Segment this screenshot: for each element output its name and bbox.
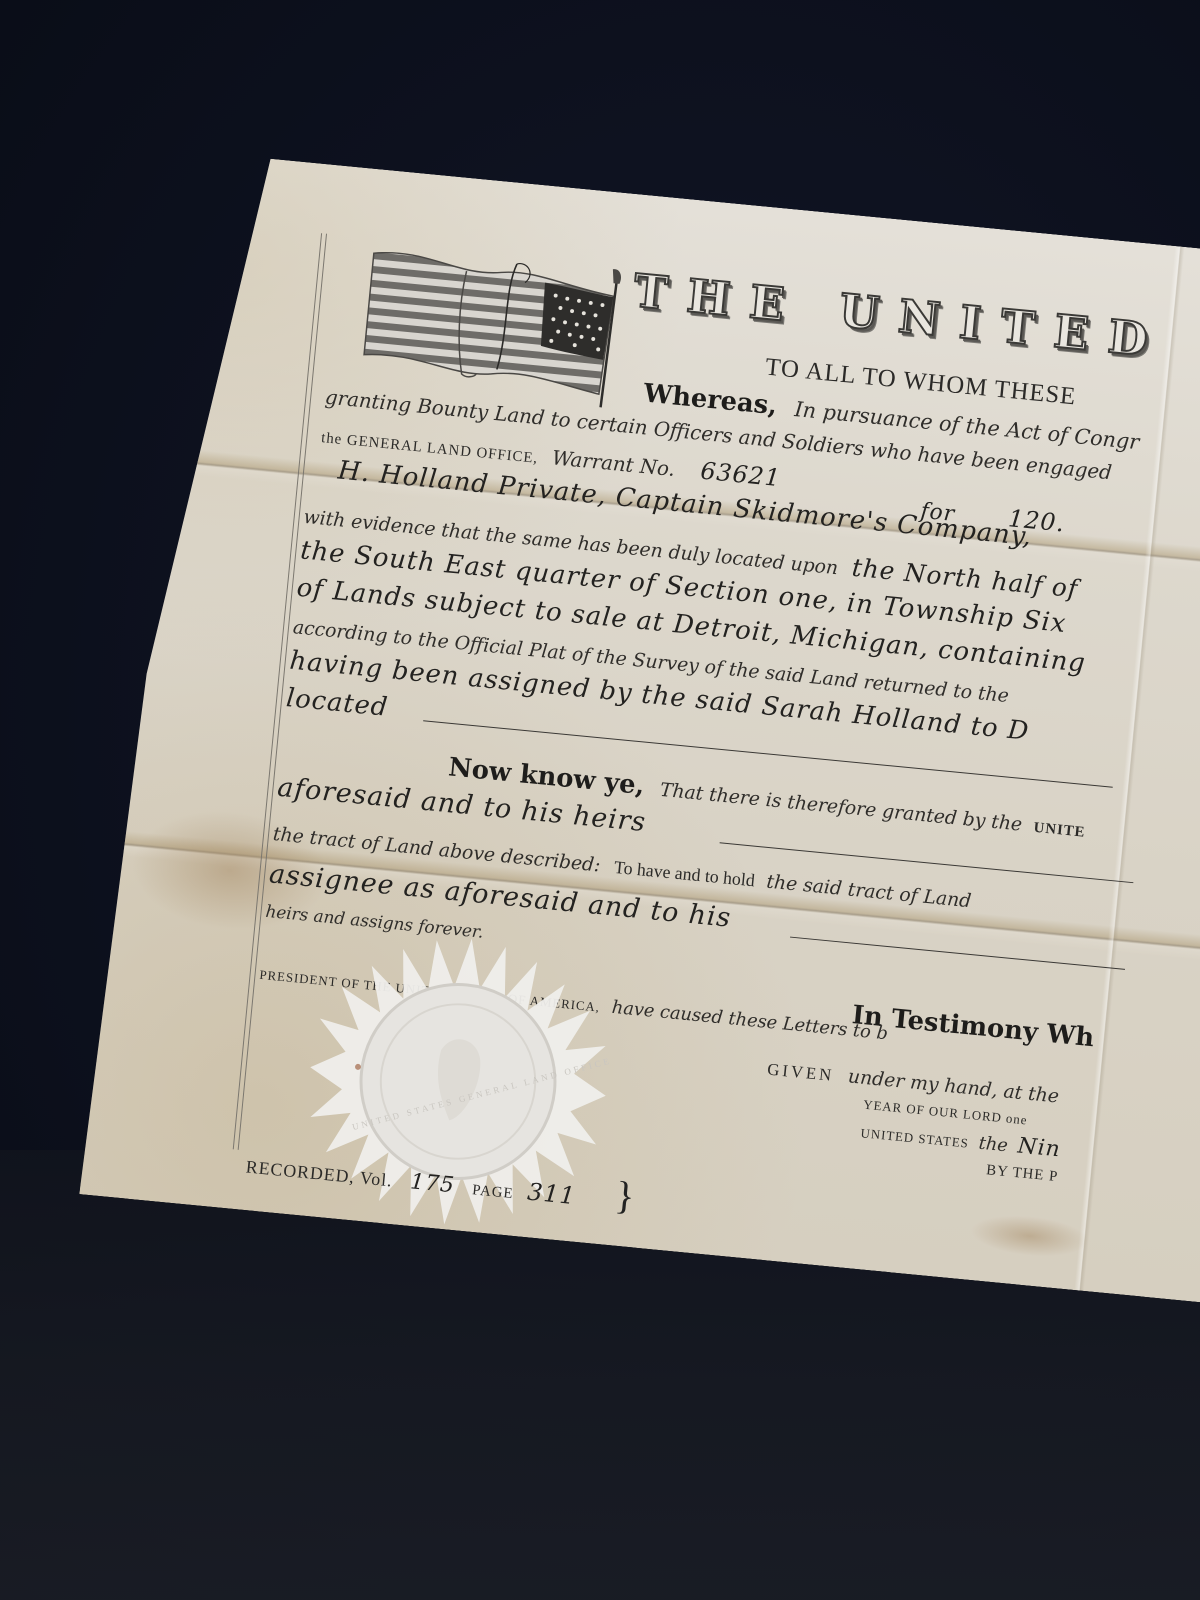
for-label: for	[919, 499, 956, 527]
page-label: PAGE	[471, 1182, 514, 1202]
warrant-label: Warrant No.	[551, 445, 676, 480]
united-states-year-label: UNITED STATES	[860, 1125, 970, 1150]
letters-text: have caused these Letters to b	[611, 997, 889, 1044]
grant-text: That there is therefore granted by the	[659, 779, 1023, 836]
located-entry: located	[285, 683, 390, 722]
whereas-heading: Whereas,	[642, 379, 778, 421]
american-flag-icon	[356, 238, 636, 411]
age-stain	[969, 1211, 1091, 1262]
the-text: the	[978, 1133, 1009, 1156]
document-title: THE UNITED ST	[631, 264, 1200, 382]
given-label: GIVEN	[766, 1060, 835, 1085]
land-patent-document: THE UNITED ST TO ALL TO WHOM THESE Where…	[79, 150, 1200, 1303]
page-number: 311	[526, 1178, 577, 1210]
volume-number: 175	[409, 1169, 456, 1198]
year-entry: Nin	[1017, 1134, 1062, 1163]
united-states-label: UNITE	[1033, 820, 1086, 841]
paper-fold-vertical	[1074, 246, 1185, 1291]
by-the-president-label: BY THE P	[985, 1162, 1059, 1186]
brace-mark: }	[613, 1172, 636, 1218]
acreage-value: 120.	[1007, 504, 1066, 537]
warrant-number: 63621	[699, 457, 782, 492]
recorded-label: RECORDED, Vol.	[245, 1157, 394, 1191]
